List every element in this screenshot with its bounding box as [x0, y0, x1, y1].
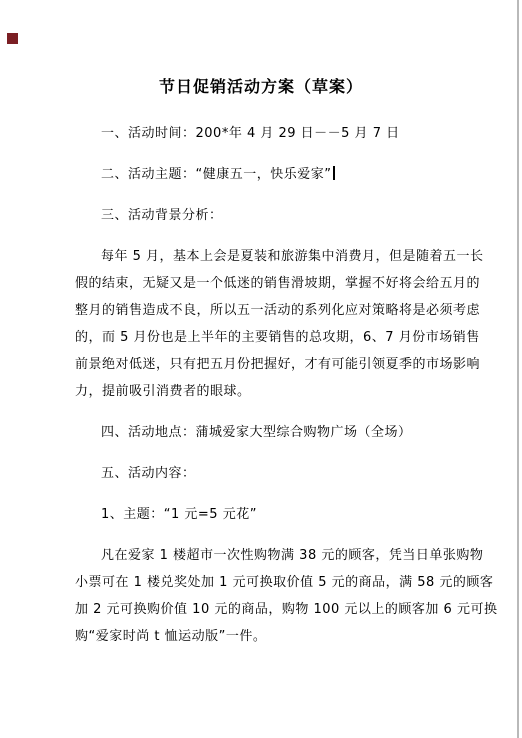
paragraph-line: 每年 5 月，基本上会是夏装和旅游集中消费月，但是随着五一长 [75, 243, 447, 270]
text-run: 四、活动地点：蒲城爱家大型综合购物广场（全场） [101, 425, 412, 440]
paragraph: 每年 5 月，基本上会是夏装和旅游集中消费月，但是随着五一长假的结束，无疑又是一… [75, 243, 447, 405]
paragraph-line: 小票可在 1 楼兑奖处加 1 元可换取价值 5 元的商品，满 58 元的顾客 [75, 569, 447, 596]
text-line: 三、活动背景分析： [75, 202, 447, 229]
paragraph: 凡在爱家 1 楼超市一次性购物满 38 元的顾客，凭当日单张购物小票可在 1 楼… [75, 542, 447, 650]
red-marker [7, 33, 18, 44]
paragraph-line: 的，而 5 月份也是上半年的主要销售的总攻期，6、7 月份市场销售 [75, 324, 447, 351]
page-right-border [517, 0, 519, 738]
document-body[interactable]: 一、活动时间：200*年 4 月 29 日－－5 月 7 日二、活动主题：“健康… [75, 120, 447, 650]
document-content: 节日促销活动方案（草案） 一、活动时间：200*年 4 月 29 日－－5 月 … [75, 76, 447, 650]
paragraph-line: 凡在爱家 1 楼超市一次性购物满 38 元的顾客，凭当日单张购物 [75, 542, 447, 569]
paragraph-line: 整月的销售造成不良，所以五一活动的系列化应对策略将是必须考虑 [75, 297, 447, 324]
text-line: 一、活动时间：200*年 4 月 29 日－－5 月 7 日 [75, 120, 447, 147]
text-run: 三、活动背景分析： [101, 208, 223, 223]
text-line: 1、主题：“1 元=5 元花” [75, 501, 447, 528]
document-title: 节日促销活动方案（草案） [75, 76, 447, 98]
text-run: 二、活动主题：“健康五一，快乐爱家” [101, 167, 331, 182]
text-line: 二、活动主题：“健康五一，快乐爱家” [75, 161, 447, 188]
paragraph-line: 购“爱家时尚 t 恤运动版”一件。 [75, 623, 447, 650]
text-line: 四、活动地点：蒲城爱家大型综合购物广场（全场） [75, 419, 447, 446]
text-line: 五、活动内容： [75, 460, 447, 487]
text-cursor [333, 166, 335, 180]
text-run: 1、主题：“1 元=5 元花” [101, 507, 257, 522]
text-run: 一、活动时间：200*年 4 月 29 日－－5 月 7 日 [101, 126, 400, 141]
document-page: { "page": { "colors": { "background": "#… [0, 0, 522, 738]
text-run: 五、活动内容： [101, 466, 196, 481]
paragraph-line: 前景绝对低迷，只有把五月份把握好，才有可能引领夏季的市场影响 [75, 351, 447, 378]
paragraph-line: 假的结束，无疑又是一个低迷的销售滑坡期，掌握不好将会给五月的 [75, 270, 447, 297]
paragraph-line: 力，提前吸引消费者的眼球。 [75, 378, 447, 405]
paragraph-line: 加 2 元可换购价值 10 元的商品，购物 100 元以上的顾客加 6 元可换 [75, 596, 447, 623]
